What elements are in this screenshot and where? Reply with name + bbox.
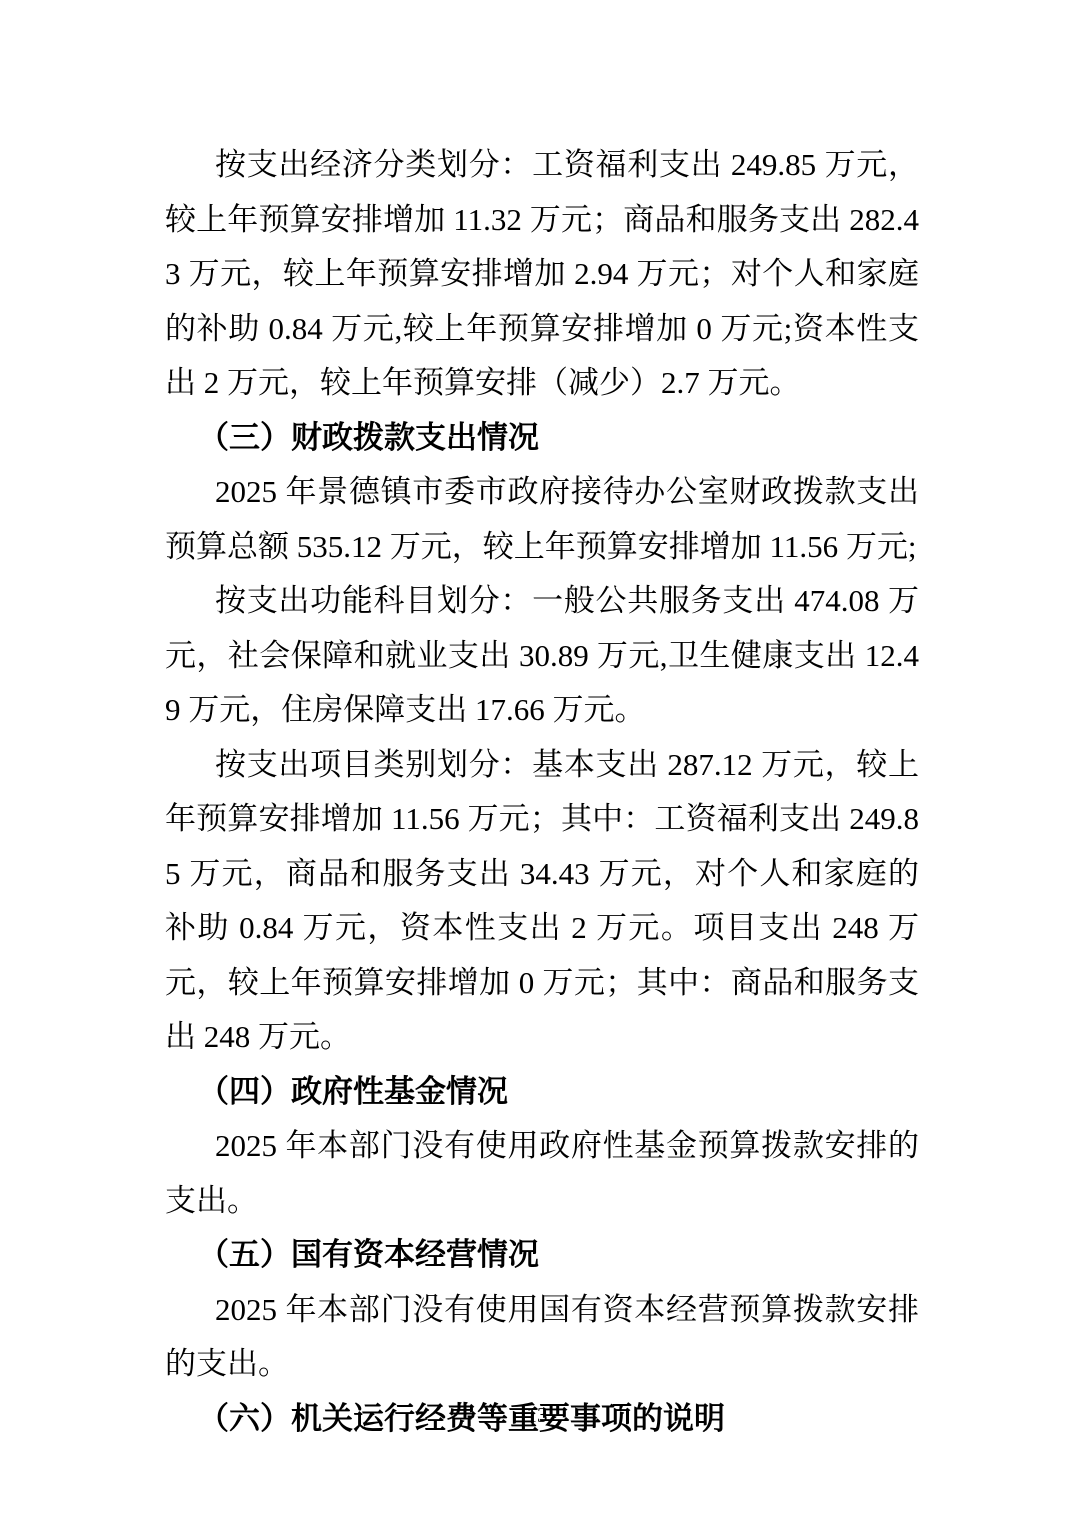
document-body: 按支出经济分类划分：工资福利支出 249.85 万元，较上年预算安排增加 11.… — [165, 138, 919, 1446]
page-number: 13 — [527, 1403, 548, 1427]
body-paragraph-expense-economic-classification: 按支出经济分类划分：工资福利支出 249.85 万元，较上年预算安排增加 11.… — [165, 138, 919, 411]
body-paragraph-state-capital-operations: 2025 年本部门没有使用国有资本经营预算拨款安排的支出。 — [165, 1283, 919, 1392]
body-paragraph-expense-project-classification: 按支出项目类别划分：基本支出 287.12 万元，较上年预算安排增加 11.56… — [165, 738, 919, 1065]
page-footer: 13 — [0, 1402, 1074, 1428]
body-paragraph-government-funds: 2025 年本部门没有使用政府性基金预算拨款安排的支出。 — [165, 1119, 919, 1228]
body-paragraph-expense-function-classification: 按支出功能科目划分：一般公共服务支出 474.08 万元，社会保障和就业支出 3… — [165, 574, 919, 738]
section-heading-3-fiscal-appropriation-expenditure: （三）财政拨款支出情况 — [165, 411, 919, 466]
section-heading-4-government-funds: （四）政府性基金情况 — [165, 1065, 919, 1120]
document-page: 按支出经济分类划分：工资福利支出 249.85 万元，较上年预算安排增加 11.… — [0, 0, 1074, 1520]
body-paragraph-fiscal-appropriation-total: 2025 年景德镇市委市政府接待办公室财政拨款支出预算总额 535.12 万元，… — [165, 465, 919, 574]
section-heading-5-state-capital-operations: （五）国有资本经营情况 — [165, 1228, 919, 1283]
